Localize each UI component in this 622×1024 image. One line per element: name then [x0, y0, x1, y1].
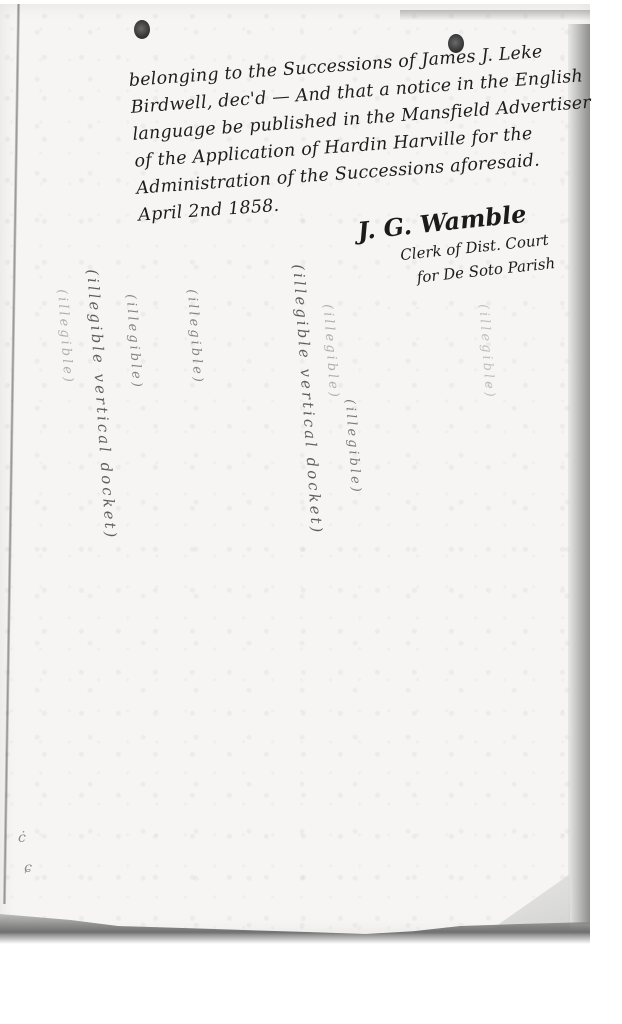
margin-mark: ɕ	[24, 860, 32, 876]
docket-note: (illegible)	[342, 399, 361, 460]
docket-note: (illegible)	[476, 304, 496, 375]
docket-note: (illegible)	[184, 289, 211, 465]
docket-note: (illegible)	[320, 304, 345, 455]
docket-note: (illegible)	[123, 294, 148, 445]
docket-note: (illegible vertical docket)	[289, 264, 321, 460]
docket-note: (illegible)	[54, 289, 81, 460]
fold-line	[3, 4, 20, 904]
docket-note: (illegible vertical docket)	[83, 269, 115, 465]
top-edge-shadow	[400, 10, 590, 20]
punch-hole-left	[134, 20, 150, 39]
margin-mark: ċ	[18, 830, 26, 846]
document-page: belonging to the Successions of James J.…	[0, 4, 590, 934]
folded-corner	[440, 874, 570, 929]
